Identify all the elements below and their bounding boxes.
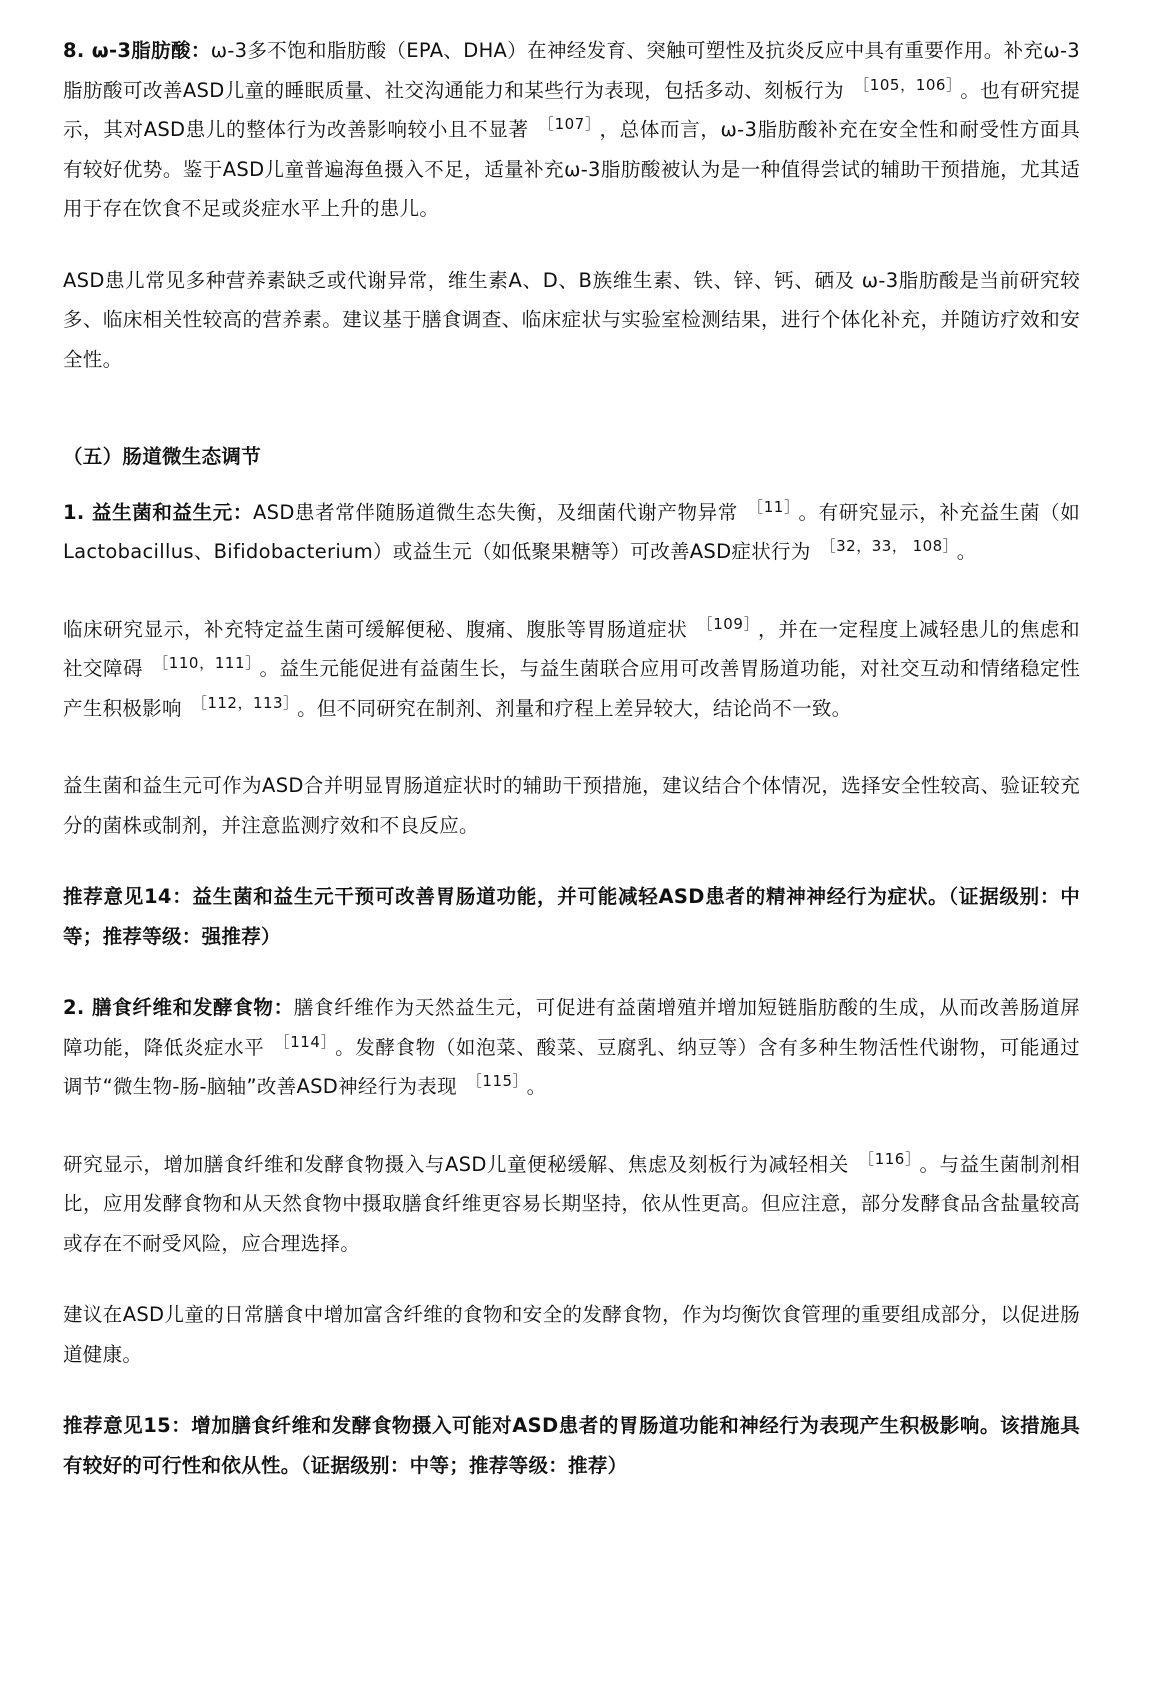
recommendation-15: 推荐意见15：增加膳食纤维和发酵食物摄入可能对ASD患者的胃肠道功能和神经行为表… — [63, 1406, 1080, 1485]
probiotics-paragraph: 1. 益生菌和益生元：ASD患者常伴随肠道微生态失衡，及细菌代谢产物异常［11］… — [63, 493, 1080, 572]
clinical-text-4: 。但不同研究在制剂、剂量和疗程上差异较大，结论尚不一致。 — [297, 697, 851, 720]
citation-11[interactable]: ［11］ — [738, 498, 799, 516]
clinical-research-paragraph: 临床研究显示，补充特定益生菌可缓解便秘、腹痛、腹胀等胃肠道症状［109］，并在一… — [63, 610, 1080, 729]
citation-32-33-108[interactable]: ［32，33， 108］ — [811, 537, 957, 555]
fiber-title: 2. 膳食纤维和发酵食物： — [63, 996, 294, 1019]
citation-115[interactable]: ［115］ — [457, 1072, 527, 1090]
document-page: 8. ω-3脂肪酸：ω-3多不饱和脂肪酸（EPA、DHA）在神经发育、突触可塑性… — [0, 0, 1166, 1485]
clinical-text-1: 临床研究显示，补充特定益生菌可缓解便秘、腹痛、腹胀等胃肠道症状 — [63, 618, 687, 641]
nutrient-summary-paragraph: ASD患儿常见多种营养素缺乏或代谢异常，维生素A、D、B族维生素、铁、锌、钙、硒… — [63, 261, 1080, 380]
fiber-paragraph: 2. 膳食纤维和发酵食物：膳食纤维作为天然益生元，可促进有益菌增殖并增加短链脂肪… — [63, 988, 1080, 1107]
probiotics-text-3: 。 — [957, 540, 977, 563]
citation-109[interactable]: ［109］ — [687, 615, 758, 633]
fiber-research-paragraph: 研究显示，增加膳食纤维和发酵食物摄入与ASD儿童便秘缓解、焦虑及刻板行为减轻相关… — [63, 1145, 1080, 1264]
citation-116[interactable]: ［116］ — [849, 1150, 920, 1168]
probiotics-text-1: ASD患者常伴随肠道微生态失衡，及细菌代谢产物异常 — [253, 501, 738, 524]
citation-105-106[interactable]: ［105，106］ — [844, 76, 960, 94]
fiber-research-text-1: 研究显示，增加膳食纤维和发酵食物摄入与ASD儿童便秘缓解、焦虑及刻板行为减轻相关 — [63, 1153, 849, 1176]
fiber-advice-paragraph: 建议在ASD儿童的日常膳食中增加富含纤维的食物和安全的发酵食物，作为均衡饮食管理… — [63, 1295, 1080, 1374]
recommendation-14: 推荐意见14：益生菌和益生元干预可改善胃肠道功能，并可能减轻ASD患者的精神神经… — [63, 877, 1080, 956]
citation-114[interactable]: ［114］ — [264, 1033, 335, 1051]
omega3-title: 8. ω-3脂肪酸： — [63, 39, 211, 62]
citation-107[interactable]: ［107］ — [529, 115, 600, 133]
fiber-text-3: 。 — [527, 1075, 547, 1098]
probiotics-title: 1. 益生菌和益生元： — [63, 501, 253, 524]
omega3-paragraph: 8. ω-3脂肪酸：ω-3多不饱和脂肪酸（EPA、DHA）在神经发育、突触可塑性… — [63, 31, 1080, 229]
gut-microbiome-heading: （五）肠道微生态调节 — [63, 437, 1080, 477]
citation-110-111[interactable]: ［110，111］ — [143, 654, 259, 672]
citation-112-113[interactable]: ［112，113］ — [182, 694, 297, 712]
probiotics-advice-paragraph: 益生菌和益生元可作为ASD合并明显胃肠道症状时的辅助干预措施，建议结合个体情况，… — [63, 766, 1080, 845]
